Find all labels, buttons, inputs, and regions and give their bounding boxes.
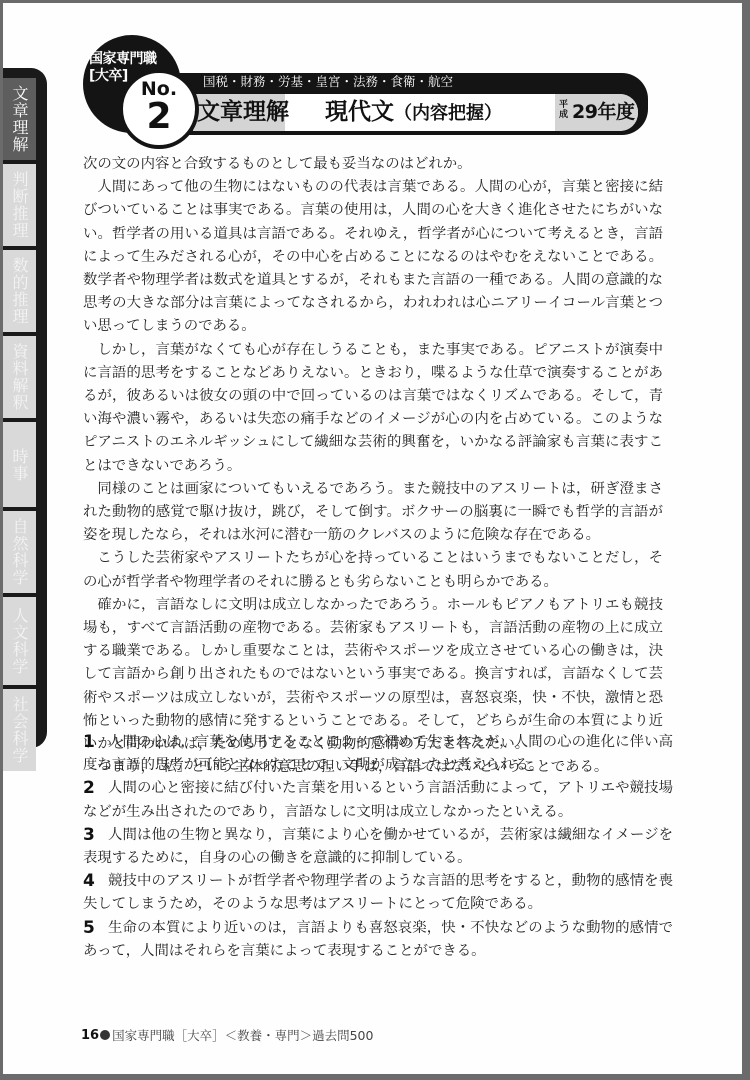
- bullet-dot-icon: [100, 1030, 110, 1040]
- answer-choice-2[interactable]: 2 人間の心と密接に結び付いた言葉を用いるという言語活動によって，アトリエや競技…: [83, 777, 673, 823]
- exam-year: 29年度: [572, 98, 634, 126]
- passage-paragraph: こうした芸術家やアスリートたちが心を持っていることはいうまでもないことだし，その…: [83, 547, 663, 593]
- book-title: 国家専門職［大卒］＜教養・専門＞過去問500: [112, 1026, 373, 1044]
- answer-choice-4[interactable]: 4 競技中のアスリートが哲学者や物理学者のような言語的思考をすると，動物的感情を…: [83, 870, 673, 916]
- book-page: 文章理解 判断推理 数的推理 資料解釈 時事 自然科学 人文科学 社会科学 国家…: [3, 3, 742, 1074]
- side-tab-bunsho-rikai[interactable]: 文章理解: [3, 78, 36, 160]
- exam-subjects: 国税・財務・労基・皇宮・法務・食衛・航空: [203, 74, 453, 90]
- page-footer: 16 国家専門職［大卒］＜教養・専門＞過去問500: [81, 1026, 373, 1044]
- side-tab-shizen-kagaku[interactable]: 自然科学: [3, 511, 36, 593]
- question-passage: 次の文の内容と合致するものとして最も妥当なのはどれか。 人間にあって他の生物には…: [83, 153, 663, 779]
- side-tab-jiji[interactable]: 時事: [3, 422, 36, 507]
- answer-choices: 1 人間の心は，言葉を使用することによって初めて生まれたが，人間の心の進化に伴い…: [83, 731, 673, 963]
- answer-choice-5[interactable]: 5 生命の本質により近いのは，言語よりも喜怒哀楽，快・不快などのような動物的感情…: [83, 917, 673, 963]
- side-tab-shiryo-kaishaku[interactable]: 資料解釈: [3, 336, 36, 418]
- question-number-badge: No. 2: [119, 69, 199, 149]
- question-title: 現代文（内容把握）: [325, 97, 502, 129]
- passage-paragraph: しかし，言葉がなくても心が存在しうることも，また事実である。ピアニストが演奏中に…: [83, 339, 663, 478]
- side-tab-handan-suiri[interactable]: 判断推理: [3, 164, 36, 246]
- question-prompt: 次の文の内容と合致するものとして最も妥当なのはどれか。: [83, 153, 663, 176]
- side-tab-shakai-kagaku[interactable]: 社会科学: [3, 689, 36, 771]
- page-number: 16: [81, 1028, 99, 1043]
- passage-paragraph: 同様のことは画家についてもいえるであろう。また競技中のアスリートは，研ぎ澄まされ…: [83, 478, 663, 548]
- answer-choice-3[interactable]: 3 人間は他の生物と異なり，言葉により心を働かせているが，芸術家は繊細なイメージ…: [83, 824, 673, 870]
- side-tab-jinbun-kagaku[interactable]: 人文科学: [3, 597, 36, 685]
- era-label: 平成: [559, 100, 569, 120]
- passage-paragraph: 人間にあって他の生物にはないものの代表は言葉である。人間の心が，言葉と密接に結び…: [83, 176, 663, 338]
- question-number: 2: [123, 97, 195, 137]
- answer-choice-1[interactable]: 1 人間の心は，言葉を使用することによって初めて生まれたが，人間の心の進化に伴い…: [83, 731, 673, 777]
- side-index-tabs: 文章理解 判断推理 数的推理 資料解釈 時事 自然科学 人文科学 社会科学: [3, 68, 47, 748]
- category-label: 文章理解: [197, 97, 289, 127]
- side-tab-suteki-suiri[interactable]: 数的推理: [3, 250, 36, 332]
